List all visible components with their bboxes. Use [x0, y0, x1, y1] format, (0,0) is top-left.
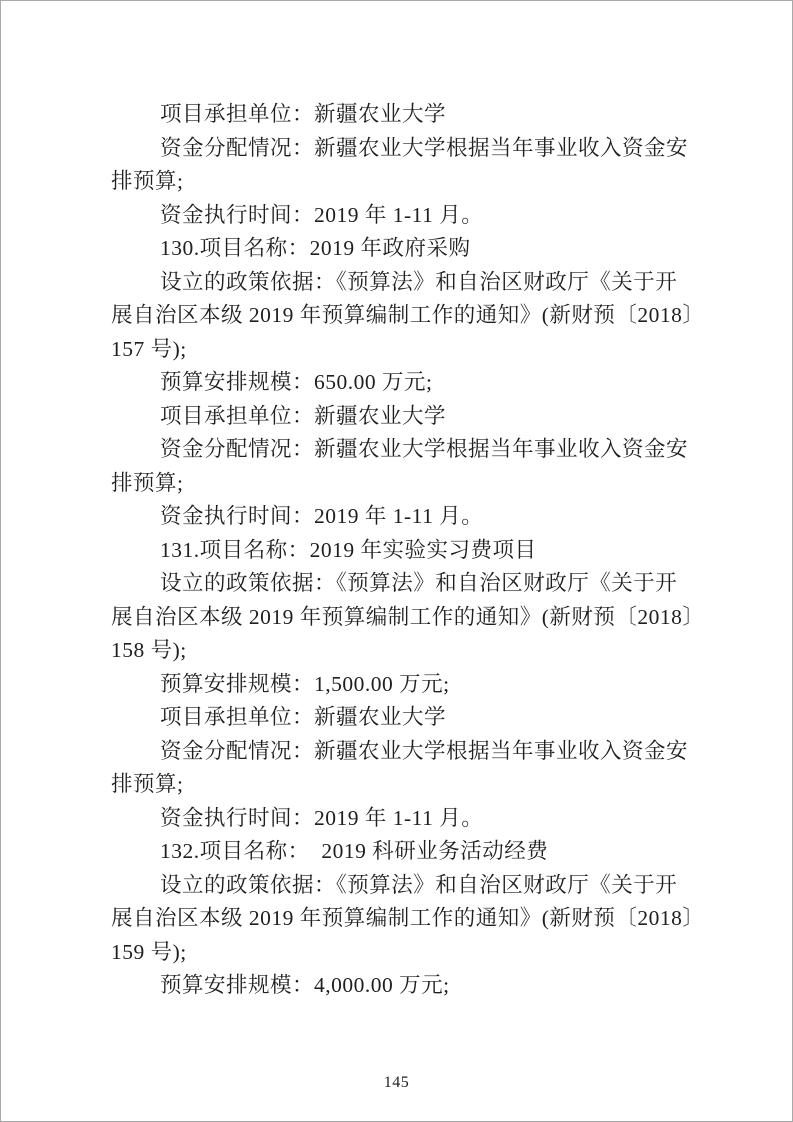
document-line: 展自治区本级 2019 年预算编制工作的通知》(新财预〔2018〕 — [111, 601, 686, 635]
document-line: 预算安排规模：650.00 万元; — [111, 366, 686, 400]
document-line: 项目承担单位：新疆农业大学 — [111, 400, 686, 434]
document-line: 项目承担单位：新疆农业大学 — [111, 98, 686, 132]
document-line: 设立的政策依据：《预算法》和自治区财政厅《关于开 — [111, 869, 686, 903]
document-line: 设立的政策依据：《预算法》和自治区财政厅《关于开 — [111, 266, 686, 300]
document-line: 资金分配情况：新疆农业大学根据当年事业收入资金安 — [111, 132, 686, 166]
document-line: 资金分配情况：新疆农业大学根据当年事业收入资金安 — [111, 433, 686, 467]
document-line: 排预算; — [111, 768, 686, 802]
document-line: 展自治区本级 2019 年预算编制工作的通知》(新财预〔2018〕 — [111, 299, 686, 333]
document-line: 130.项目名称：2019 年政府采购 — [111, 232, 686, 266]
document-line: 设立的政策依据：《预算法》和自治区财政厅《关于开 — [111, 567, 686, 601]
document-line: 预算安排规模：1,500.00 万元; — [111, 668, 686, 702]
document-line: 展自治区本级 2019 年预算编制工作的通知》(新财预〔2018〕 — [111, 902, 686, 936]
document-line: 资金执行时间：2019 年 1-11 月。 — [111, 500, 686, 534]
page-number: 145 — [1, 1074, 792, 1092]
document-line: 159 号); — [111, 936, 686, 970]
document-line: 资金执行时间：2019 年 1-11 月。 — [111, 802, 686, 836]
document-line: 131.项目名称：2019 年实验实习费项目 — [111, 534, 686, 568]
document-line: 158 号); — [111, 634, 686, 668]
document-line: 预算安排规模：4,000.00 万元; — [111, 969, 686, 1003]
document-line: 资金分配情况：新疆农业大学根据当年事业收入资金安 — [111, 735, 686, 769]
document-page: 项目承担单位：新疆农业大学资金分配情况：新疆农业大学根据当年事业收入资金安排预算… — [0, 0, 793, 1122]
document-line: 项目承担单位：新疆农业大学 — [111, 701, 686, 735]
document-line: 资金执行时间：2019 年 1-11 月。 — [111, 199, 686, 233]
document-line: 157 号); — [111, 333, 686, 367]
document-line: 132.项目名称： 2019 科研业务活动经费 — [111, 835, 686, 869]
document-line: 排预算; — [111, 467, 686, 501]
document-line: 排预算; — [111, 165, 686, 199]
document-text-body: 项目承担单位：新疆农业大学资金分配情况：新疆农业大学根据当年事业收入资金安排预算… — [111, 98, 686, 1003]
